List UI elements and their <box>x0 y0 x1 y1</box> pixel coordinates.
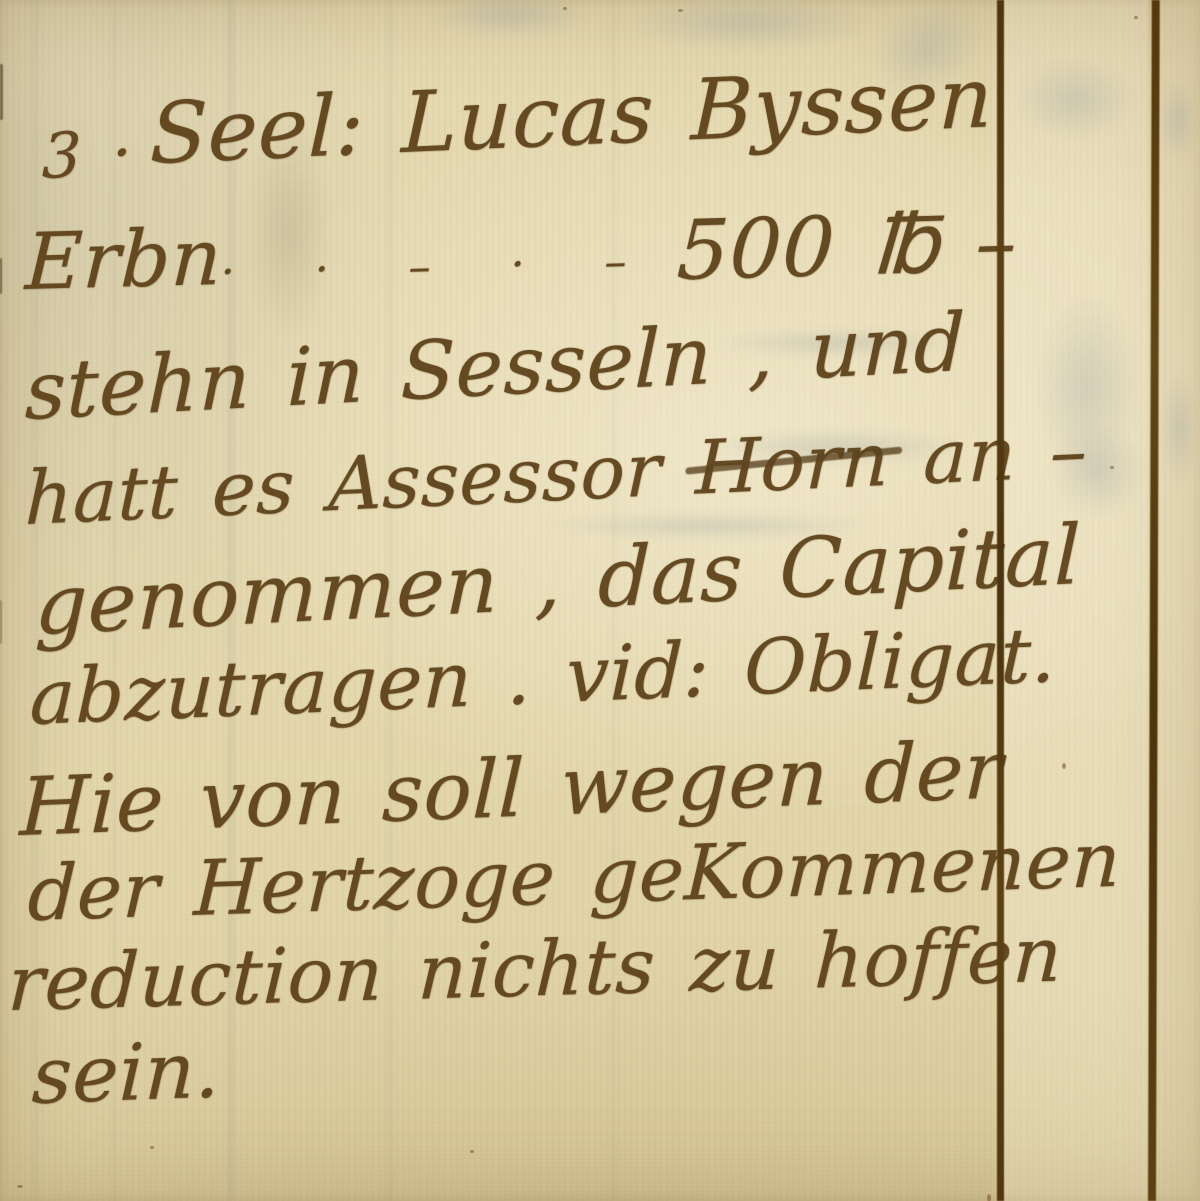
paper-speck <box>1062 763 1066 769</box>
bleedthrough-smudge <box>430 0 590 38</box>
handwriting-line-1: Seel: Lucas Byssen <box>149 55 994 176</box>
paper-speck <box>678 9 683 12</box>
leader-dots: · · – · – <box>220 239 656 294</box>
entry-number: 3 · <box>41 121 132 188</box>
paper-speck <box>563 7 567 10</box>
bleedthrough-smudge <box>1014 58 1136 142</box>
handwriting-line-3: stehn in Sesseln , und <box>24 303 966 432</box>
paper-speck <box>1134 16 1138 19</box>
binding-edge-mark <box>0 64 3 120</box>
paper-speck <box>1110 466 1114 469</box>
bleedthrough-smudge <box>1160 372 1198 484</box>
line-4-post: an – <box>888 408 1088 503</box>
binding-edge-mark <box>0 600 2 644</box>
amount-value: 500 ℔ – <box>675 202 1019 293</box>
manuscript-page: 3 · Seel: Lucas Byssen Erbn · · – · – 50… <box>0 0 1200 1201</box>
paper-speck <box>17 1185 23 1188</box>
binding-edge-mark <box>0 258 2 294</box>
paper-speck <box>470 1150 474 1153</box>
heirs-word: Erbn <box>24 219 224 302</box>
bleedthrough-smudge <box>1158 78 1198 162</box>
margin-rule-left <box>997 0 1004 1201</box>
struck-name: Horn <box>695 423 891 506</box>
paper-speck <box>987 1194 991 1201</box>
bleedthrough-smudge <box>628 0 868 51</box>
edge-column <box>1156 0 1200 1201</box>
handwriting-line-10: sein. <box>31 1031 222 1116</box>
paper-speck <box>150 1146 154 1149</box>
